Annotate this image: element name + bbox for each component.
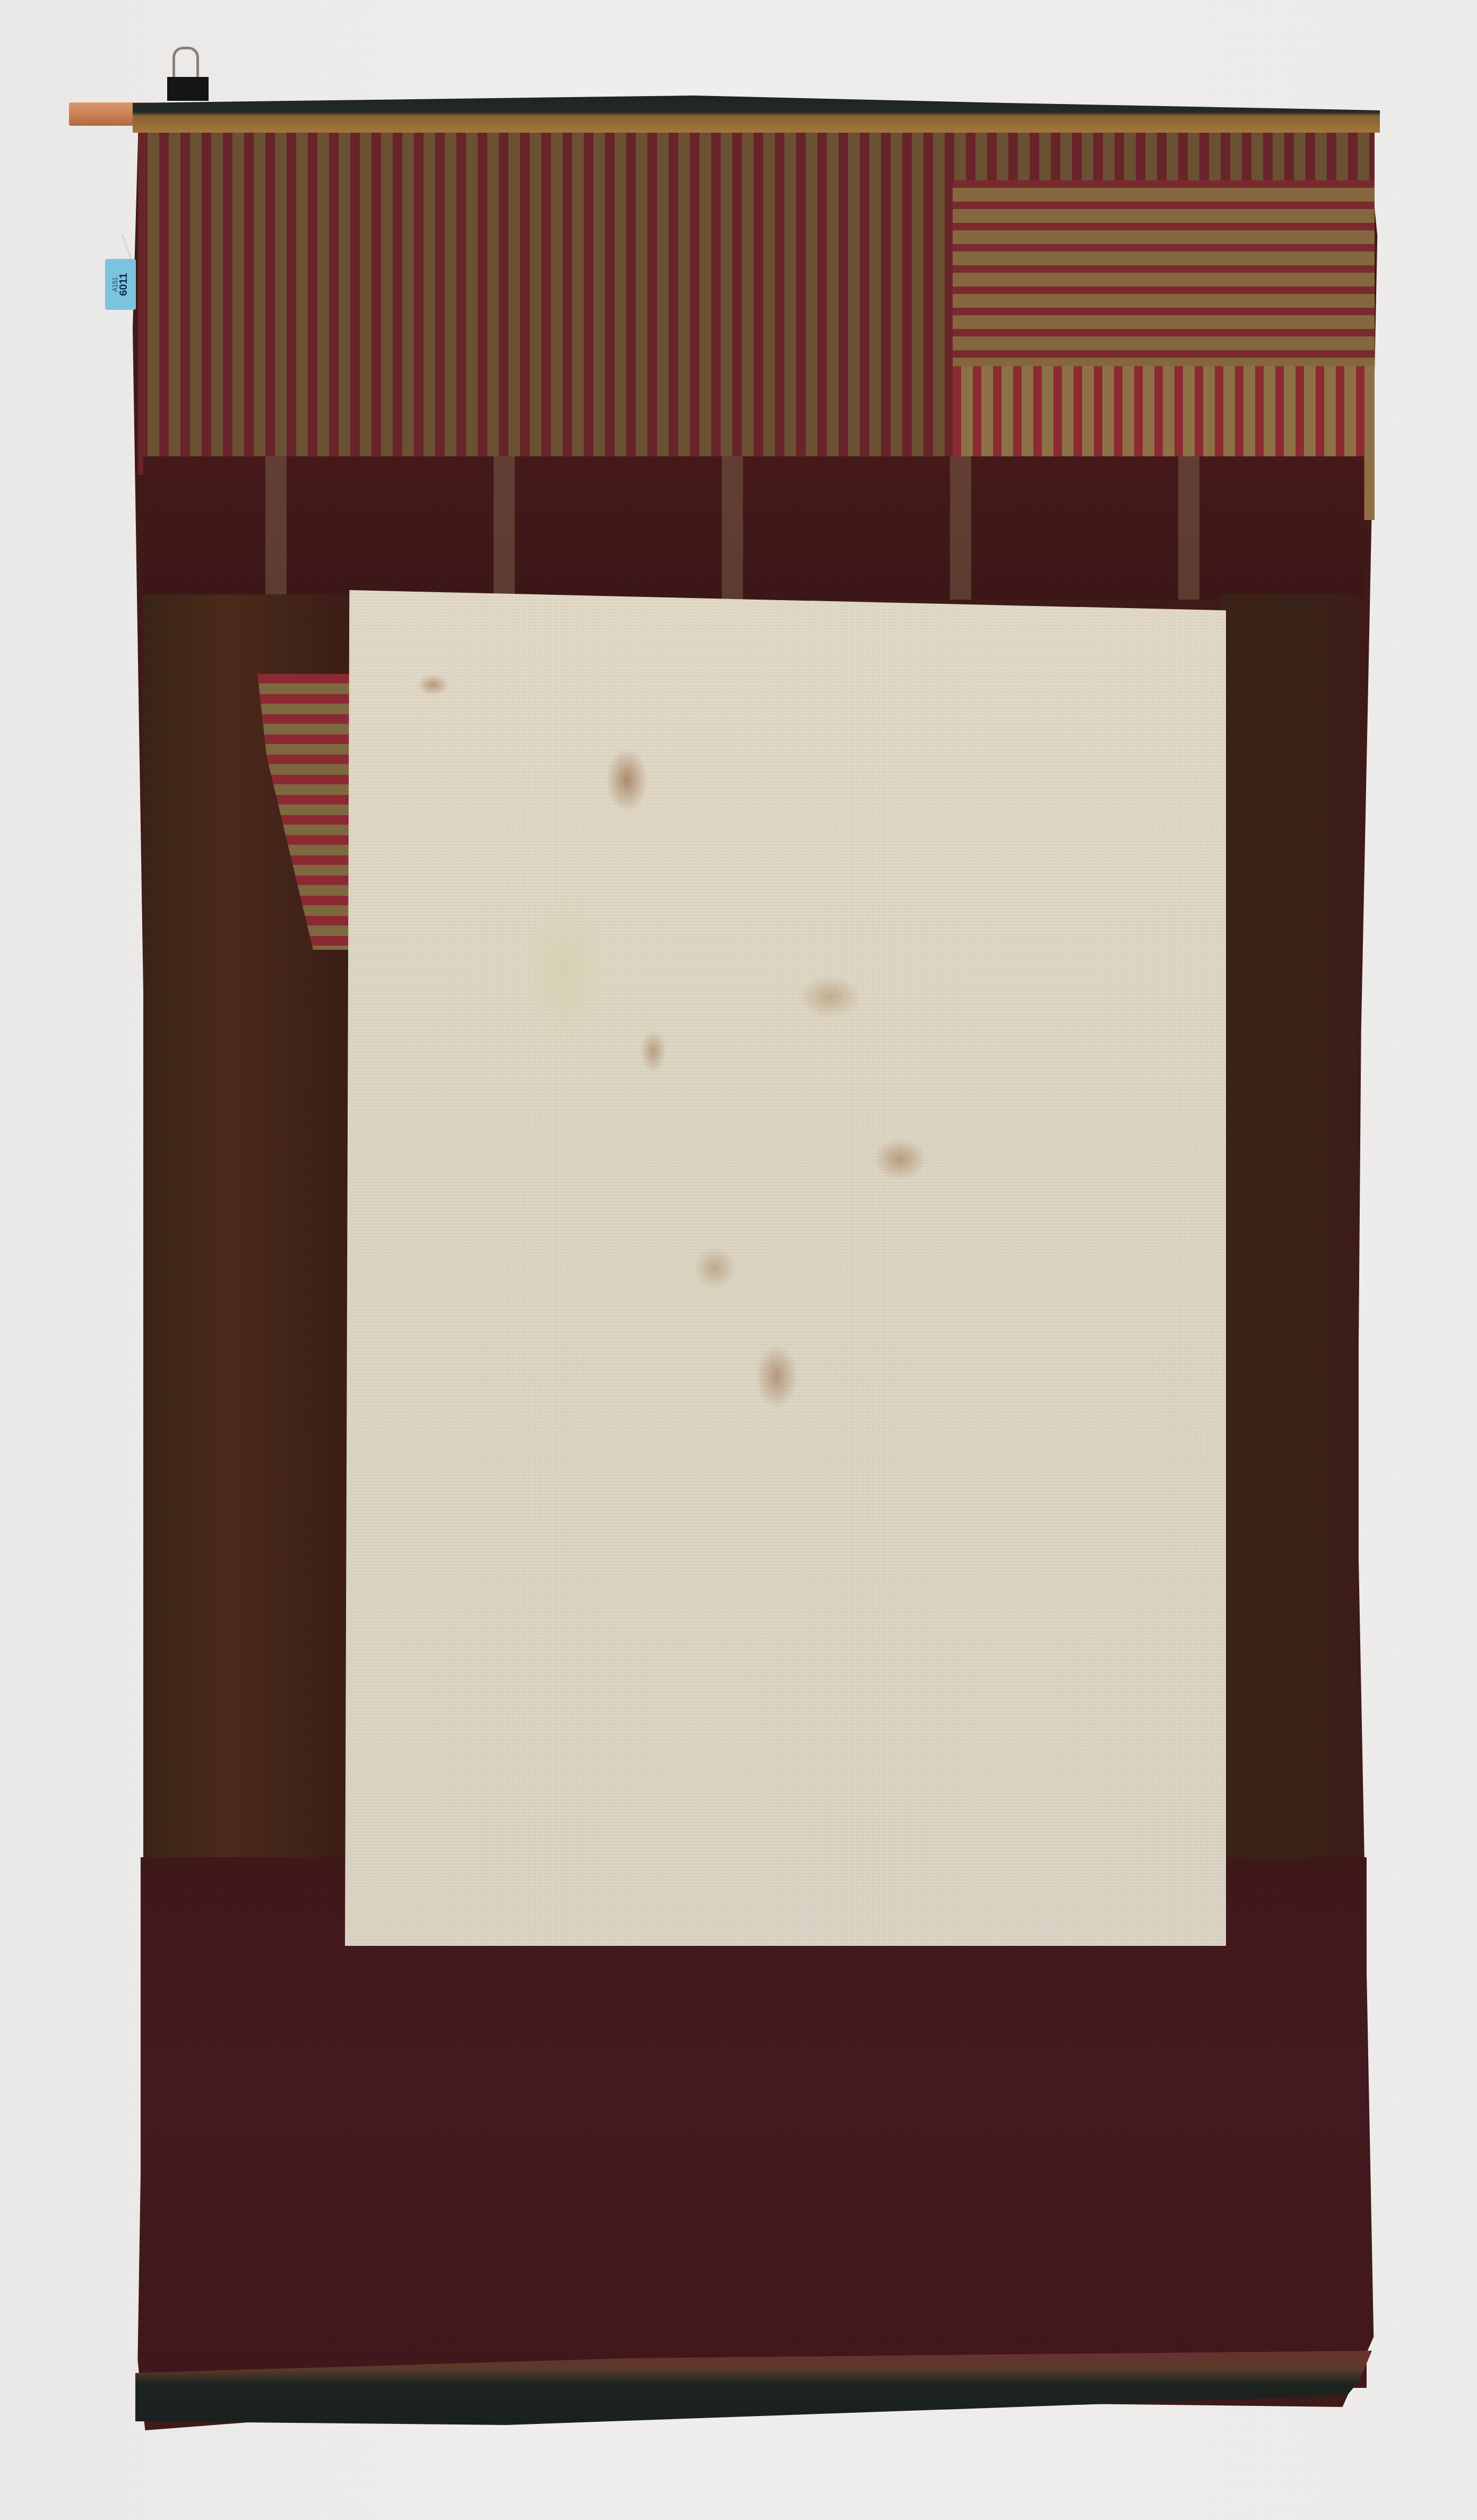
inventory-tag: A151 6011 xyxy=(105,259,136,310)
top-binding-edge xyxy=(133,96,1380,133)
brocade-band xyxy=(143,456,1364,600)
right-border-panel xyxy=(1221,594,1359,1868)
center-linen-panel xyxy=(345,590,1226,1946)
binder-clip-left xyxy=(167,77,209,101)
tag-number: 6011 xyxy=(118,273,129,296)
binder-clip-left-wire xyxy=(172,47,199,81)
tag-string xyxy=(122,234,132,261)
